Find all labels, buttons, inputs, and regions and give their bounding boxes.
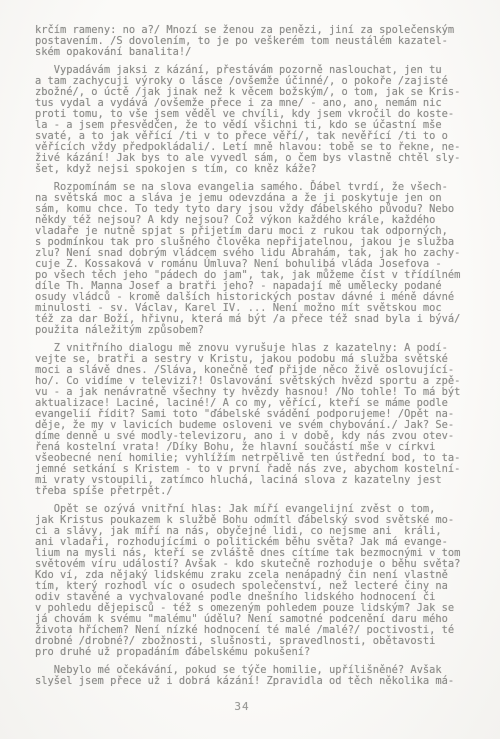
paragraph: Nebylo mé očekávání, pokud se týče homil… [35, 665, 480, 687]
text-line: pro druhé už propadáním ďábelskému pokuš… [35, 647, 480, 658]
scanned-document-page: krčím rameny: no a?/ Mnozí se ženou za p… [0, 0, 500, 739]
page-text: krčím rameny: no a?/ Mnozí se ženou za p… [35, 25, 480, 694]
paragraph: krčím rameny: no a?/ Mnozí se ženou za p… [35, 25, 480, 58]
text-line: šet, když nejsi spokojen s tím, co kněz … [35, 164, 480, 175]
text-line: slyšel jsem přece už i dobrá kázání! Zpr… [35, 676, 480, 687]
paragraph: Opět se ozývá vnitřní hlas: Jak míří eva… [35, 504, 480, 658]
text-line: třeba spíše přetrpět./ [35, 486, 480, 497]
paragraph: Z vnitřního dialogu mě znovu vyrušuje hl… [35, 343, 480, 497]
text-line: ském opakování banalita!/ [35, 47, 480, 58]
text-line: použita náležitým způsobem? [35, 325, 480, 336]
paragraph: Rozpomínám se na slova evangelia samého.… [35, 182, 480, 336]
page-number: 34 [0, 700, 484, 713]
paragraph: Vypadávám jaksi z kázání, přestávám pozo… [35, 65, 480, 175]
